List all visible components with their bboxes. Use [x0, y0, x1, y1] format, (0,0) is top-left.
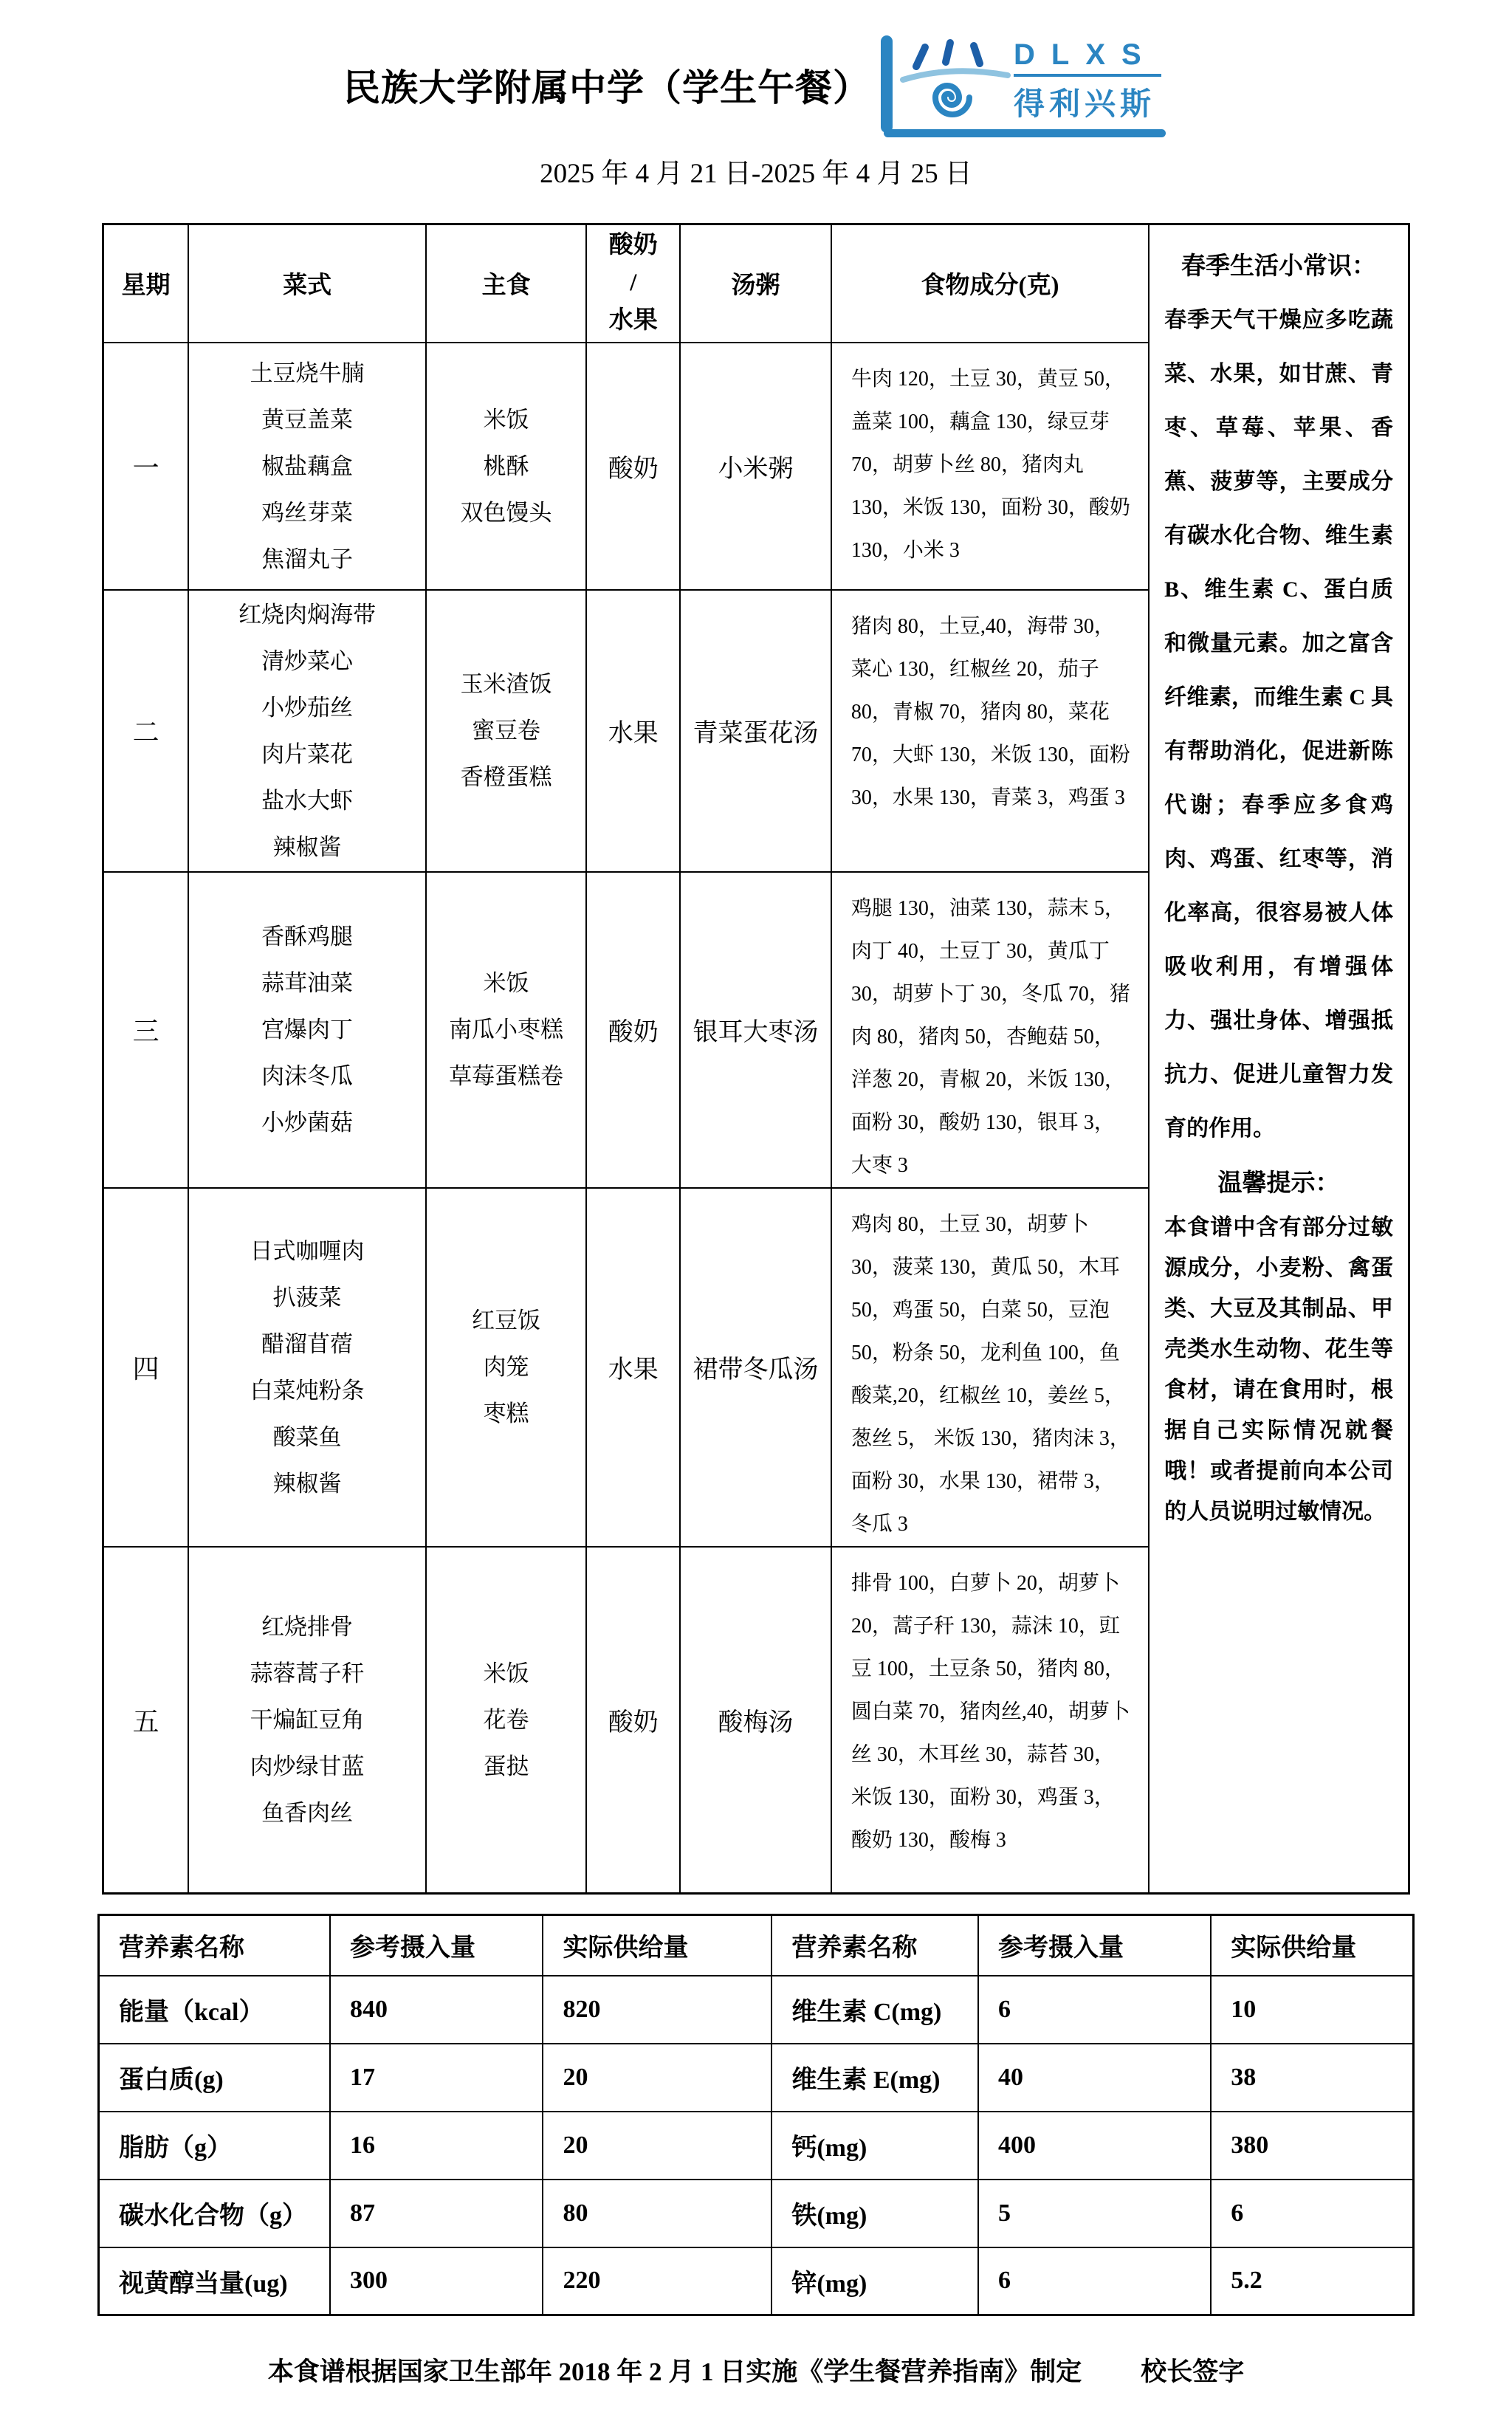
actual-value: 80 [543, 2180, 772, 2247]
composition-cell: 鸡腿 130，油菜 130，蒜末 5，肉丁 40，土豆丁 30，黄瓜丁 30，胡… [831, 872, 1149, 1188]
nutrition-row: 视黄醇当量(ug) 300 220 锌(mg) 6 5.2 [99, 2247, 1414, 2315]
reference-value: 87 [330, 2180, 543, 2247]
seasonal-tips-cell: 春季生活小常识： 春季天气干燥应多吃蔬菜、水果，如甘蔗、青枣、草莓、苹果、香蕉、… [1149, 224, 1409, 1894]
dlxs-logo: DLXS 得利兴斯 [881, 31, 1169, 139]
nutrition-header-row: 营养素名称 参考摄入量 实际供给量 营养素名称 参考摄入量 实际供给量 [99, 1915, 1414, 1976]
actual-value: 5.2 [1211, 2247, 1413, 2315]
staple-cell: 米饭 桃酥 双色馒头 [426, 343, 587, 590]
nutrient-label: 维生素 C(mg) [772, 1976, 978, 2044]
reference-intake-header: 参考摄入量 [978, 1915, 1211, 1976]
header-composition: 食物成分(克) [831, 224, 1149, 343]
soup-cell: 青菜蛋花汤 [680, 590, 831, 872]
nutrient-label: 锌(mg) [772, 2247, 978, 2315]
allergy-body: 本食谱中含有部分过敏源成分，小麦粉、禽蛋类、大豆及其制品、甲壳类水生动物、花生等… [1164, 1207, 1393, 1532]
header-staple: 主食 [426, 224, 587, 343]
reference-value: 400 [978, 2112, 1211, 2180]
page-title: 民族大学附属中学（学生午餐） [343, 58, 870, 111]
soup-cell: 小米粥 [680, 343, 831, 590]
nutrition-row: 脂肪（g） 16 20 钙(mg) 400 380 [99, 2112, 1414, 2180]
reference-value: 5 [978, 2180, 1211, 2247]
footer-note: 本食谱根据国家卫生部年 2018 年 2 月 1 日实施《学生餐营养指南》制定 [268, 2352, 1082, 2388]
soup-cell: 裙带冬瓜汤 [680, 1188, 831, 1547]
actual-value: 6 [1211, 2180, 1413, 2247]
nutrient-label: 能量（kcal） [99, 1976, 330, 2044]
header-soup: 汤粥 [680, 224, 831, 343]
yogurt-fruit-cell: 水果 [586, 1188, 680, 1547]
principal-signature-label: 校长签字 [1141, 2352, 1244, 2388]
logo-bracket-horizontal [884, 129, 1166, 137]
menu-header-row: 星期 菜式 主食 酸奶 / 水果 汤粥 食物成分(克) 春季生活小常识： 春季天… [103, 224, 1409, 343]
nutrition-table: 营养素名称 参考摄入量 实际供给量 营养素名称 参考摄入量 实际供给量 能量（k… [97, 1914, 1415, 2316]
eye-spiral-icon [900, 37, 1011, 128]
header-yogurt-fruit: 酸奶 / 水果 [586, 224, 680, 343]
nutrient-label: 视黄醇当量(ug) [99, 2247, 330, 2315]
nutrition-row: 能量（kcal） 840 820 维生素 C(mg) 6 10 [99, 1976, 1414, 2044]
document-header: 民族大学附属中学（学生午餐） DLXS 得利兴斯 [0, 0, 1512, 139]
composition-cell: 牛肉 120，土豆 30，黄豆 50，盖菜 100，藕盒 130，绿豆芽 70，… [831, 343, 1149, 590]
actual-value: 38 [1211, 2044, 1413, 2112]
reference-value: 17 [330, 2044, 543, 2112]
nutrient-label: 维生素 E(mg) [772, 2044, 978, 2112]
tips-heading: 春季生活小常识： [1164, 240, 1393, 293]
nutrient-name-header: 营养素名称 [772, 1915, 978, 1976]
soup-cell: 银耳大枣汤 [680, 872, 831, 1188]
nutrient-label: 碳水化合物（g） [99, 2180, 330, 2247]
lunch-menu-document: 民族大学附属中学（学生午餐） DLXS 得利兴斯 2025 年 4 月 21 日… [0, 0, 1512, 2418]
day-cell: 三 [103, 872, 189, 1188]
reference-intake-header: 参考摄入量 [330, 1915, 543, 1976]
actual-value: 220 [543, 2247, 772, 2315]
reference-value: 840 [330, 1976, 543, 2044]
nutrition-row: 碳水化合物（g） 87 80 铁(mg) 5 6 [99, 2180, 1414, 2247]
logo-name: 得利兴斯 [1014, 80, 1161, 124]
day-cell: 二 [103, 590, 189, 872]
nutrient-label: 蛋白质(g) [99, 2044, 330, 2112]
staple-cell: 米饭 花卷 蛋挞 [426, 1547, 587, 1894]
nutrient-label: 铁(mg) [772, 2180, 978, 2247]
dishes-cell: 红烧肉焖海带 清炒菜心 小炒茄丝 肉片菜花 盐水大虾 辣椒酱 [188, 590, 425, 872]
composition-cell: 鸡肉 80，土豆 30，胡萝卜 30，菠菜 130，黄瓜 50，木耳 50，鸡蛋… [831, 1188, 1149, 1547]
tips-body: 春季天气干燥应多吃蔬菜、水果，如甘蔗、青枣、草莓、苹果、香蕉、菠萝等，主要成分有… [1164, 293, 1393, 1155]
yogurt-fruit-cell: 酸奶 [586, 1547, 680, 1894]
staple-cell: 红豆饭 肉笼 枣糕 [426, 1188, 587, 1547]
reference-value: 300 [330, 2247, 543, 2315]
nutrient-name-header: 营养素名称 [99, 1915, 330, 1976]
actual-value: 20 [543, 2044, 772, 2112]
reference-value: 6 [978, 1976, 1211, 2044]
dishes-cell: 土豆烧牛腩 黄豆盖菜 椒盐藕盒 鸡丝芽菜 焦溜丸子 [188, 343, 425, 590]
nutrition-row: 蛋白质(g) 17 20 维生素 E(mg) 40 38 [99, 2044, 1414, 2112]
actual-value: 20 [543, 2112, 772, 2180]
day-cell: 一 [103, 343, 189, 590]
yogurt-fruit-cell: 酸奶 [586, 872, 680, 1188]
dishes-cell: 日式咖喱肉 扒菠菜 醋溜苜蓿 白菜炖粉条 酸菜鱼 辣椒酱 [188, 1188, 425, 1547]
nutrient-label: 钙(mg) [772, 2112, 978, 2180]
nutrient-label: 脂肪（g） [99, 2112, 330, 2180]
header-day: 星期 [103, 224, 189, 343]
dishes-cell: 香酥鸡腿 蒜茸油菜 宫爆肉丁 肉沫冬瓜 小炒菌菇 [188, 872, 425, 1188]
reference-value: 16 [330, 2112, 543, 2180]
actual-value: 380 [1211, 2112, 1413, 2180]
logo-text: DLXS 得利兴斯 [1014, 38, 1161, 124]
day-cell: 五 [103, 1547, 189, 1894]
menu-table: 星期 菜式 主食 酸奶 / 水果 汤粥 食物成分(克) 春季生活小常识： 春季天… [102, 223, 1410, 1895]
header-dishes: 菜式 [188, 224, 425, 343]
document-footer: 本食谱根据国家卫生部年 2018 年 2 月 1 日实施《学生餐营养指南》制定 … [0, 2352, 1512, 2418]
staple-cell: 玉米渣饭 蜜豆卷 香橙蛋糕 [426, 590, 587, 872]
dishes-cell: 红烧排骨 蒜蓉蒿子秆 干煸缸豆角 肉炒绿甘蓝 鱼香肉丝 [188, 1547, 425, 1894]
yogurt-fruit-cell: 水果 [586, 590, 680, 872]
reference-value: 40 [978, 2044, 1211, 2112]
soup-cell: 酸梅汤 [680, 1547, 831, 1894]
composition-cell: 猪肉 80，土豆,40，海带 30，菜心 130，红椒丝 20，茄子 80，青椒… [831, 590, 1149, 872]
actual-supply-header: 实际供给量 [543, 1915, 772, 1976]
staple-cell: 米饭 南瓜小枣糕 草莓蛋糕卷 [426, 872, 587, 1188]
actual-supply-header: 实际供给量 [1211, 1915, 1413, 1976]
logo-bracket-vertical [881, 35, 893, 133]
logo-acronym: DLXS [1014, 38, 1161, 77]
date-range: 2025 年 4 月 21 日-2025 年 4 月 25 日 [0, 151, 1512, 190]
reference-value: 6 [978, 2247, 1211, 2315]
actual-value: 10 [1211, 1976, 1413, 2044]
yogurt-fruit-cell: 酸奶 [586, 343, 680, 590]
allergy-heading: 温馨提示： [1164, 1160, 1393, 1207]
composition-cell: 排骨 100，白萝卜 20，胡萝卜 20，蒿子秆 130，蒜沫 10，豇豆 10… [831, 1547, 1149, 1894]
actual-value: 820 [543, 1976, 772, 2044]
day-cell: 四 [103, 1188, 189, 1547]
